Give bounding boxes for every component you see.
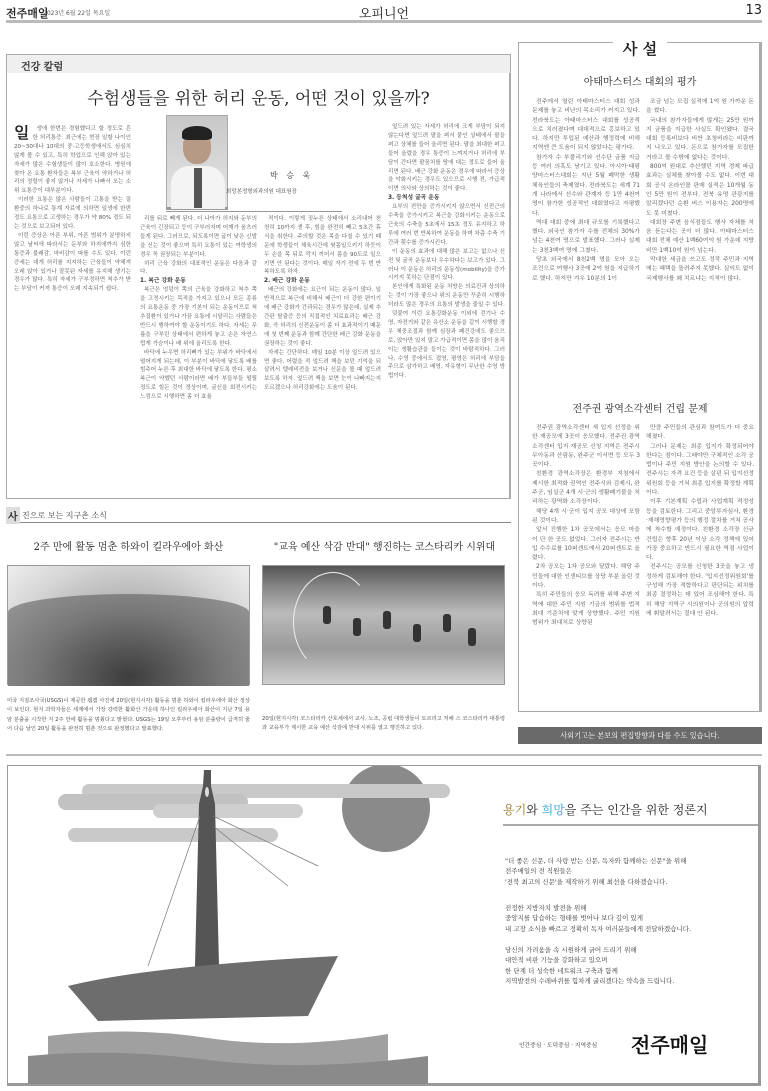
paragraph: 앞서 진행한 1차 공모에서는 응모 마을이 단 한 곳도 없었다. 그러자 전… — [532, 526, 640, 563]
editorial-header-text: 사 설 — [613, 40, 667, 58]
ad-line: 중앙지를 답습하는 형태를 벗어나 보다 깊이 있게 — [505, 913, 691, 923]
paragraph: 국내의 참가자들에게 많게는 25만 원까지 금품을 지급한 사실도 확인됐다.… — [646, 117, 754, 163]
editorial-1-col2: 조금 넘는 모집 실적에 1억 원 가까운 돈을 썼다. 국내의 참가자들에게 … — [646, 98, 754, 368]
ad-brand-logo: 전주매일 — [631, 1029, 708, 1058]
paragraph: 친환경 광역소각장은 환경부 지침에서 제시한 최적화 권역인 전주시와 김제시… — [532, 470, 640, 507]
ad-line: 대안적 비판 기능을 강화하고 있으며 — [505, 955, 674, 965]
photo-news-header-text: 진으로 보는 지구촌 소식 — [22, 510, 107, 521]
paragraph: 덧붙여 이런 요통강화운동 이외에 걷기나 수영, 자전거와 같은 유산소 운동… — [388, 310, 505, 381]
paragraph: 800억 원대로 추산했던 지역 경제 파급 효과는 실체를 찾아볼 수도 없다… — [646, 163, 754, 219]
ad-paragraph-1: "더 좋은 신문, 더 사랑 받는 신문, 독자와 함께하는 신문"을 위해 전… — [505, 856, 686, 887]
photo-caption-2: 20일(현지시각) 코스타리카 산호세에서 교사, 노조, 공립 대학생들이 토… — [262, 715, 505, 734]
paragraph: 엎드려 있는 자세가 허리에 크게 부담이 되지 않는다면 엎드려 팔을 펴서 … — [388, 123, 505, 194]
paragraph: 전주권 광역소각센터 새 입지 선정을 위한 재공모에 3곳이 응모했다. 전주… — [532, 424, 640, 470]
editorial-2-col1: 전주권 광역소각센터 새 입지 선정을 위한 재공모에 3곳이 응모했다. 전주… — [532, 424, 640, 709]
author-name: 박 승 욱 — [270, 170, 313, 181]
paragraph: 바닥에 누우면 허리뼈가 있는 부위가 바닥에서 떨어지게 되는데, 이 부분이… — [140, 349, 257, 402]
column-text-col2: 리를 뒤로 빼게 된다. 더 나아가 허지와 둔부의 근육이 긴장되고 등이 구… — [140, 215, 257, 495]
editorial-2-col2: 만큼 주민들의 관심과 참여도가 더 중요해졌다. 그러나 문제는 최종 입지가… — [646, 424, 754, 709]
paragraph: 자세는 간단하다. 매일 10분 이상 엎드려 있으면 좋다. 어렸을 적 엎드… — [264, 349, 381, 394]
photo-title-1: 2주 만에 활동 멈춘 하와이 킬라우에아 화산 — [7, 538, 250, 553]
author-rule — [166, 211, 342, 212]
editorial-header: 사 설 — [518, 38, 762, 59]
masthead-rule — [6, 20, 762, 23]
ad-slogan: 용기와 희망을 주는 인간을 위한 정론지 — [503, 801, 708, 818]
slogan-rule — [503, 824, 758, 826]
subheading: 1. 복근 강화 운동 — [140, 277, 257, 286]
ad-line: 전주매일의 전 직원들은 — [505, 866, 686, 876]
column-text-col1: 일 생에 한번은 경험했다고 할 정도로 흔한 허리통증. 최근에는 현장 일할… — [14, 125, 131, 495]
paragraph: 대회장 주변 음식점들도 행사 자체를 처음 듣는다는 곳이 더 많다. 아태마… — [646, 219, 754, 256]
paragraph: 이후 기본계획 수립과 사업계획 적정성 등을 검토한다. 그리고 중앙투자심사… — [646, 498, 754, 563]
ad-line: 한 단계 더 성숙한 네트워크 구축과 함께 — [505, 966, 674, 976]
paragraph: 전주에서 열린 아태마스터스 대회 성과 문제를 놓고 비난의 목소리가 커지고… — [532, 98, 640, 154]
paragraph: 본인에게 특화된 운동 처방은 의료진과 상의하는 것이 가장 좋으나 위의 운… — [388, 283, 505, 310]
paragraph: 그러나 문제는 최종 입지가 확정되어야 한다는 점이다. 그래야만 구체적인 … — [646, 443, 754, 499]
slogan-hope: 희망 — [542, 803, 565, 817]
paragraph: 특히 주민들의 응모 독려를 위해 주변 지역에 대한 주민 지원 기금의 범위… — [532, 591, 640, 628]
paragraph: 2차 공모는 1차 공모와 달랐다. 해당 주민들에 대한 인센티브를 상당 부… — [532, 563, 640, 591]
author-role: 희망본정형외과의원 대표원장 — [226, 187, 297, 195]
paragraph: 적이다. 이렇게 짓누른 상태에서 소리내어 천천히 10까지 센 후, 힘을 … — [264, 215, 381, 277]
photo-title-2: "교육 예산 삭감 반대" 행진하는 코스타리카 시위대 — [262, 538, 507, 553]
ad-paragraph-2: 진정한 지방자치 발전을 위해 중앙지를 답습하는 형태를 벗어나 보다 깊이 … — [505, 903, 691, 934]
ad-line: '전북 최고의 신문'을 제작하기 위해 최선을 다하겠습니다. — [505, 877, 686, 887]
column-text-col3: 적이다. 이렇게 짓누른 상태에서 소리내어 천천히 10까지 센 후, 힘을 … — [264, 215, 381, 495]
photo-news-header: 사 진으로 보는 지구촌 소식 — [6, 507, 511, 523]
author-photo — [166, 115, 228, 210]
paragraph: 해당 4개 시·군이 입지 공모 대상에 포함된 것이다. — [532, 508, 640, 527]
subheading: 2. 배근 강화 운동 — [264, 277, 381, 286]
disclaimer-banner: 사외기고는 본보의 편집방향과 다를 수도 있습니다. — [518, 727, 762, 744]
paragraph: 이러한 요통은 많은 사람들이 고통을 받는 질환중의 하나로 통계 자료에 의… — [14, 196, 131, 232]
ad-line: 당신의 가려움을 속 시원하게 긁어 드리기 위해 — [505, 945, 674, 955]
protest-photo — [262, 565, 505, 685]
ad-line: 내 고장 소식을 빠르고 정확히 독자 여러분들에게 전달하겠습니다. — [505, 924, 691, 934]
paragraph: 당초 외국에서 8천2백 명을 모아 오는 조건으로 여행사 3곳에 2억 원을… — [532, 256, 640, 284]
paragraph: 이런 증상은 아픈 부위, 아픈 범위가 분명하지 않고 날씨에 따라서는 둔부… — [14, 232, 131, 294]
paragraph: 역대 대회 중에 최대 규모를 기록했다고 했다. 외국인 참가자 수를 전체의… — [532, 219, 640, 256]
column-label: 건강 칼럼 — [7, 55, 510, 73]
ad-line: 지역발전의 수레바퀴를 힘차게 굴리겠다는 약속을 드립니다. — [505, 976, 674, 986]
slogan-courage: 용기 — [503, 803, 526, 817]
subheading: 3. 등척성 굴곡 운동 — [388, 194, 505, 203]
ad-line: 진정한 지방자치 발전을 위해 — [505, 903, 691, 913]
masthead: 전주매일 2023년 6월 22일 목요일 오피니언 13 — [6, 2, 762, 22]
paragraph: 배근의 강화에는 요근이 되는 운동이 많다. 일반적으로 복근에 비해서 배근… — [264, 286, 381, 348]
paragraph: 막대한 세금을 쓰고도 정작 주민과 지역에는 혜택을 돌려주지 못했다. 실익… — [646, 256, 754, 284]
editorial-1-col1: 전주에서 열린 아태마스터스 대회 성과 문제를 놓고 비난의 목소리가 커지고… — [532, 98, 640, 368]
slogan-and: 와 — [526, 803, 541, 817]
dropcap: 일 — [14, 125, 29, 141]
paragraph: 허리 근육 강화의 대표적인 운동은 다음과 같다. — [140, 260, 257, 278]
paragraph: 리를 뒤로 빼게 된다. 더 나아가 허지와 둔부의 근육이 긴장되고 등이 구… — [140, 215, 257, 260]
paragraph: 요부의 전만을 증가시키지 않으면서 신전근의 수축을 증가시키고 복근을 강화… — [388, 203, 505, 248]
photo-news-header-initial: 사 — [6, 507, 20, 524]
paragraph: 만큼 주민들의 관심과 참여도가 더 중요해졌다. — [646, 424, 754, 443]
column-title: 수험생들을 위한 허리 운동, 어떤 것이 있을까? — [7, 84, 510, 109]
ad-line: "더 좋은 신문, 더 사랑 받는 신문, 독자와 함께하는 신문"을 위해 — [505, 856, 686, 866]
column-text-col4: 엎드려 있는 자세가 허리에 크게 부담이 되지 않는다면 엎드려 팔을 펴서 … — [388, 123, 505, 495]
pen-ship-illustration — [8, 766, 488, 1084]
paragraph: 이 운동의 효과에 대해 많은 보고는 없으나 신전 및 굴곡 운동보다 우수하… — [388, 248, 505, 284]
section-divider — [6, 754, 762, 756]
ad-tagline: 인간중심 · 도덕중심 · 지역중심 — [519, 1040, 597, 1049]
volcano-photo — [7, 565, 250, 685]
editorial-title-2: 전주권 광역소각센터 건립 문제 — [520, 400, 760, 415]
paragraph: 조금 넘는 모집 실적에 1억 원 가까운 돈을 썼다. — [646, 98, 754, 117]
photo-caption-1: 미국 지질조사국(USGS)이 제공한 웹캠 사진에 20일(현지시각) 활동을… — [7, 697, 250, 734]
paragraph: 전주시는 공모를 신청한 3곳을 놓고 냉정하게 검토해야 한다. '입지선정위… — [646, 563, 754, 619]
slogan-rest: 을 주는 인간을 위한 정론지 — [565, 803, 708, 817]
paragraph: 참가자 수 부풀리기와 선수단 금품 지급 등 여러 의혹도 남기고 있다. 아… — [532, 154, 640, 219]
page-number: 13 — [745, 3, 762, 18]
paragraph: 복근은 엉덩이 쪽의 근육을 강화하고 척추 쪽을 고정시키는 목적을 가지고 … — [140, 286, 257, 348]
editorial-title-1: 아태마스터스 대회의 평가 — [520, 73, 760, 88]
paragraph: 생에 한번은 경험했다고 할 정도로 흔한 허리통증. 최근에는 현장 일할 나… — [14, 125, 131, 196]
ad-paragraph-3: 당신의 가려움을 속 시원하게 긁어 드리기 위해 대안적 비판 기능을 강화하… — [505, 945, 674, 987]
